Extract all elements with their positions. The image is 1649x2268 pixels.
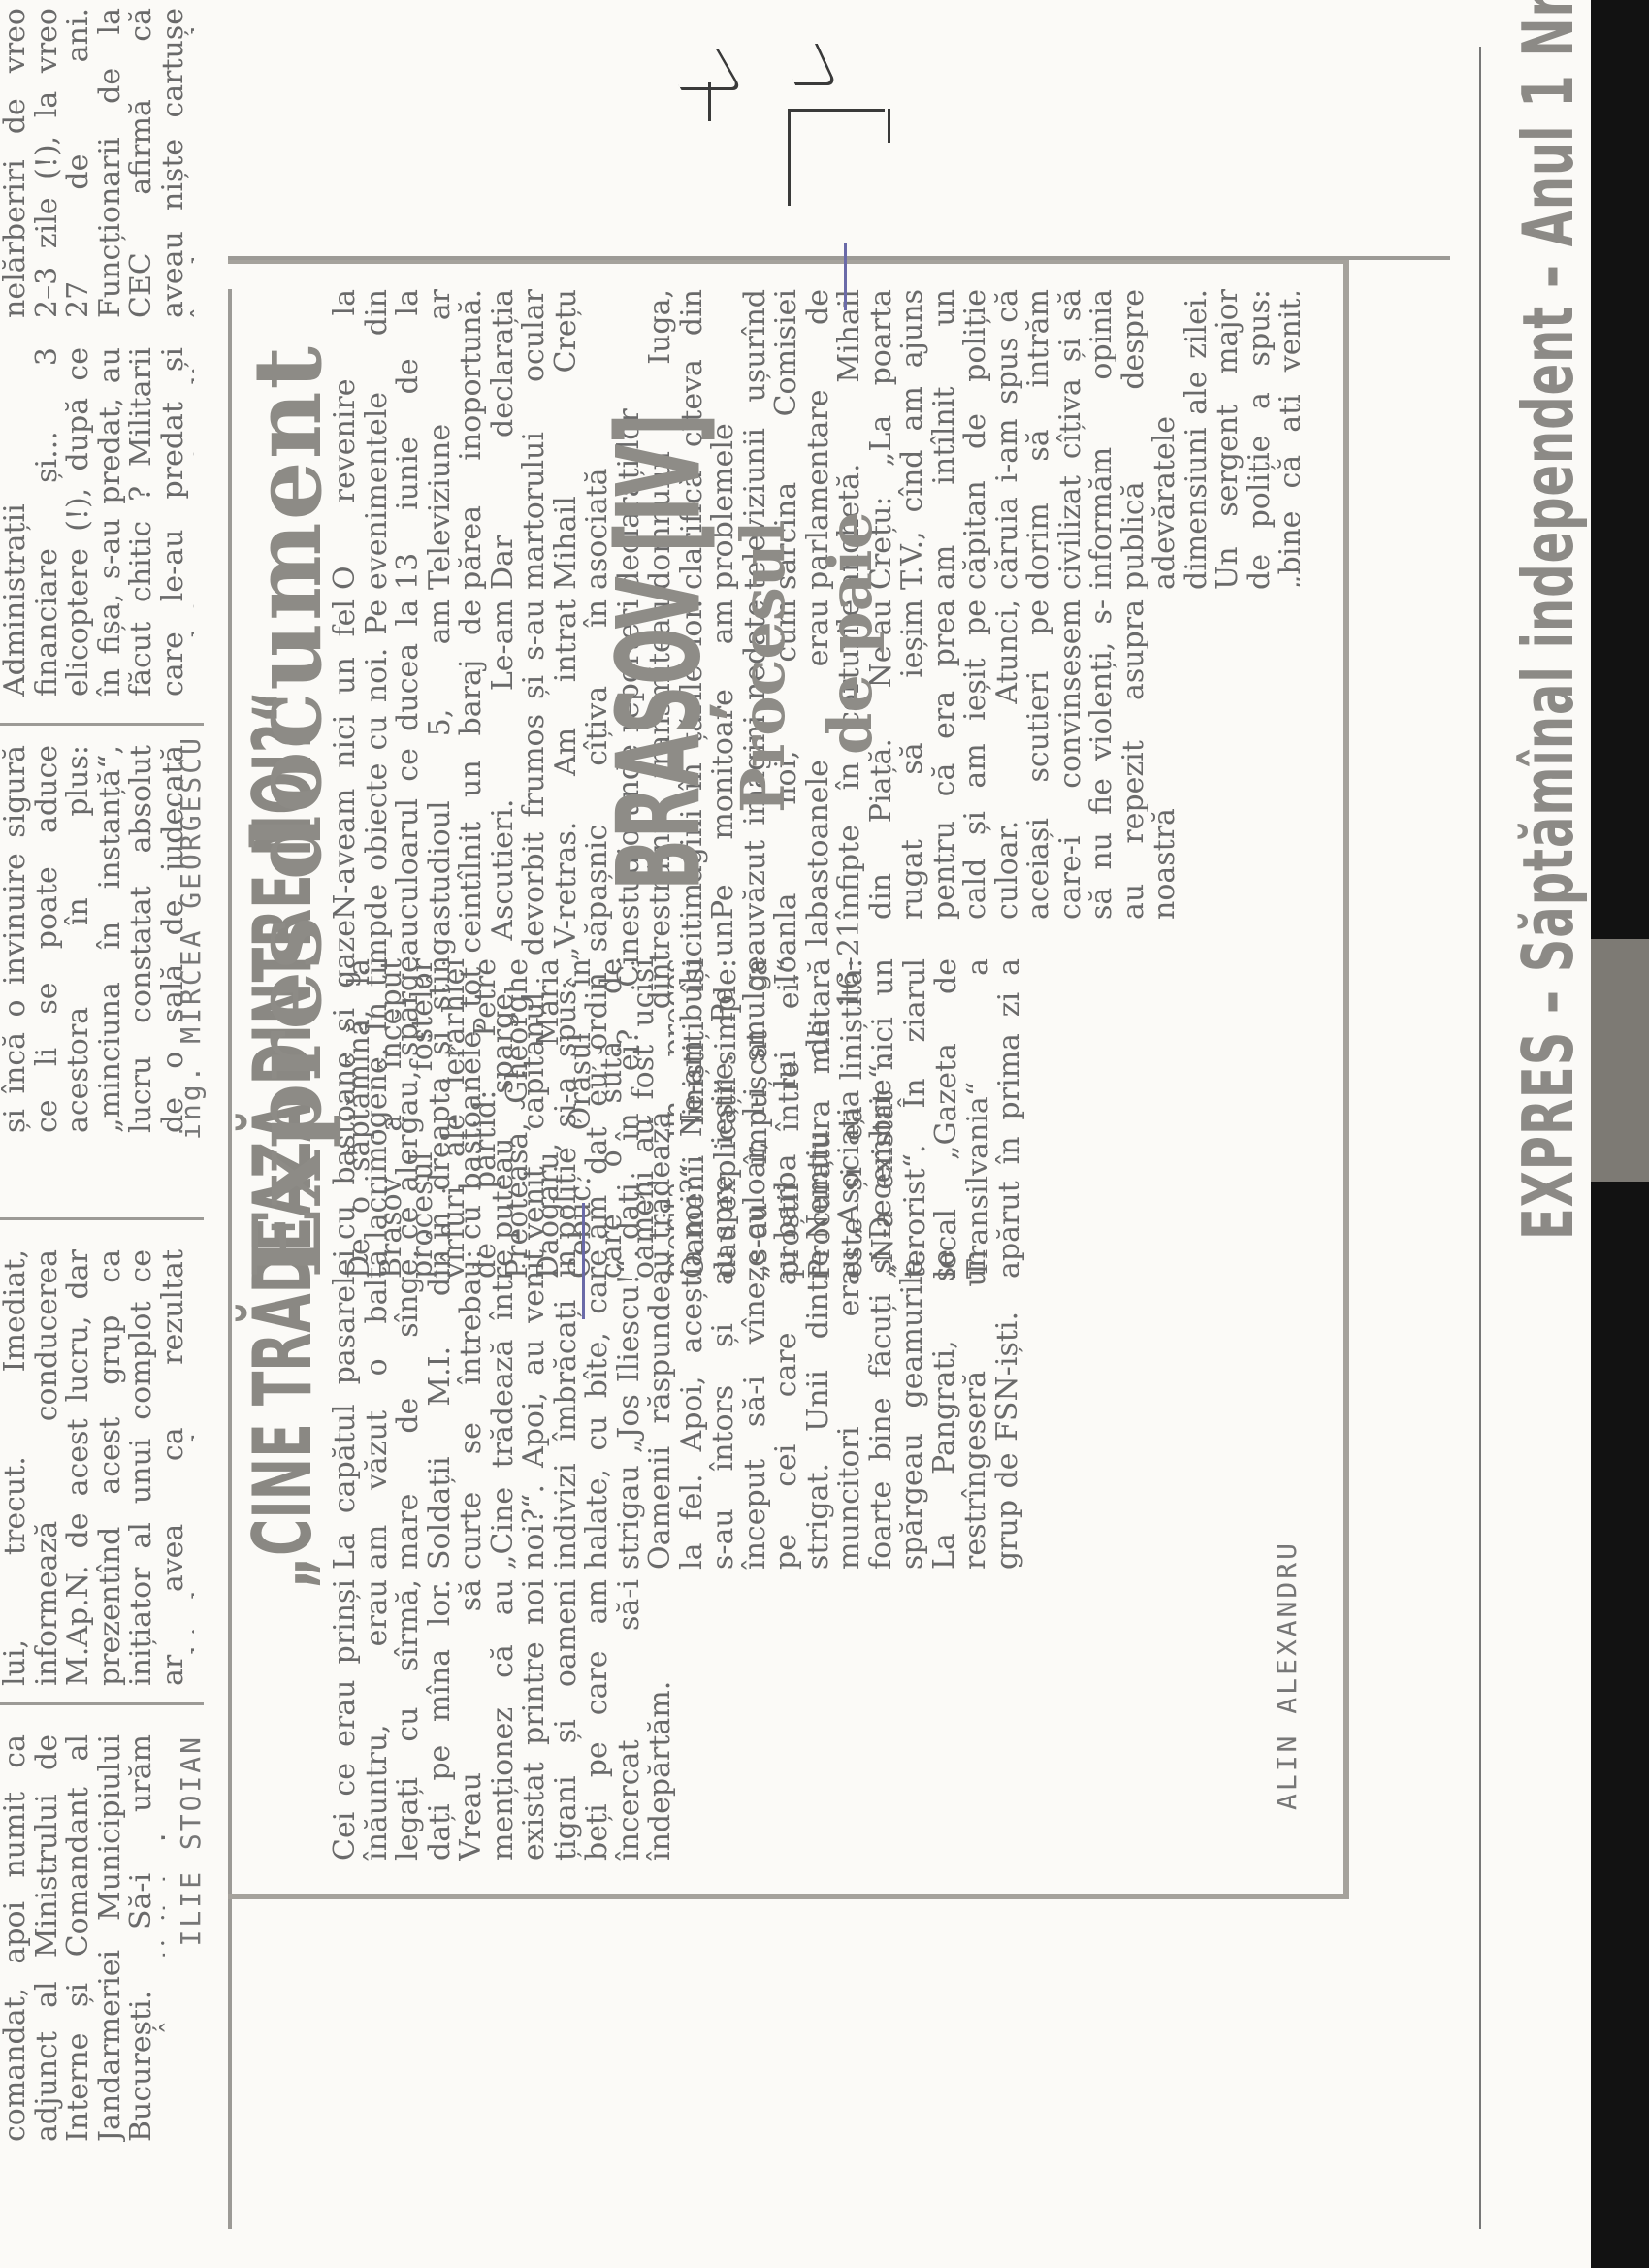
article-cine-tradeaza-headline: „CINE TRĂDEAZĂ DINTRE NOI?“ (238, 425, 331, 1589)
top-column-5: comandat, apoi numit ca adjunct al Minis… (0, 1734, 165, 2142)
issue-info: Anul 1 Nr. 28, august 1990 (1508, 0, 1590, 246)
pen-underline-blue (844, 243, 847, 310)
top-column-1: nelărberiri de vreo 2–3 zile (!), la vre… (0, 8, 194, 318)
article-cine-column-3: cu bastoane și gaze lacrimogene. În timp… (330, 920, 1300, 1240)
scan-edge-gap (1591, 939, 1649, 1182)
pen-underline-blue-2 (582, 1203, 585, 1319)
separator: – (1508, 972, 1590, 1014)
article-cine-column-4: La capătul pasarelei am văzut o baltă ma… (330, 1249, 1300, 1570)
article-cine-column-2b: N-aveam nici un fel de obiecte cu noi. P… (330, 599, 1300, 920)
pen-mark-bracket-top (788, 109, 791, 206)
section-rule (228, 256, 1450, 260)
masthead: EXPRES – Săptămînal independent – Anul 1… (1508, 0, 1590, 1240)
top-column-4: lui, trecut. Imediat, informează conduce… (0, 1249, 194, 1686)
article-cine-column-5: Cei ce erau prinși înăuntru, erau legați… (330, 1579, 679, 1861)
top-column-rule (0, 1217, 204, 1220)
publication-tagline: Săptămînal independent (1508, 306, 1590, 973)
publication-name: EXPRES (1508, 1031, 1590, 1240)
top-column-rule (0, 1702, 204, 1705)
byline-mircea-georgescu: ing. MIRCEA GEORGESCU (175, 735, 207, 1191)
separator: – (1508, 246, 1590, 288)
article-cine-byline: ALIN ALEXANDRU (1271, 1540, 1303, 1861)
pen-mark-line (708, 82, 711, 121)
top-column-rule (0, 723, 204, 726)
newspaper-page: EXPRES – Săptămînal independent – Anul 1… (0, 0, 1649, 2268)
masthead-rule (1479, 47, 1481, 2229)
top-column-2: Administrații financiare și... 3 elicopt… (0, 347, 194, 697)
pen-mark-bracket (791, 109, 890, 143)
article-cine-column-1: O revenire la evenimentele din 13 iunie … (330, 289, 1300, 590)
top-column-3: și încă o invinuire sigură ce li se poat… (0, 745, 184, 1133)
byline-ilie-stoian: ILIE STOIAN (175, 1734, 207, 2142)
pen-mark-bracket-bottom (788, 109, 885, 112)
